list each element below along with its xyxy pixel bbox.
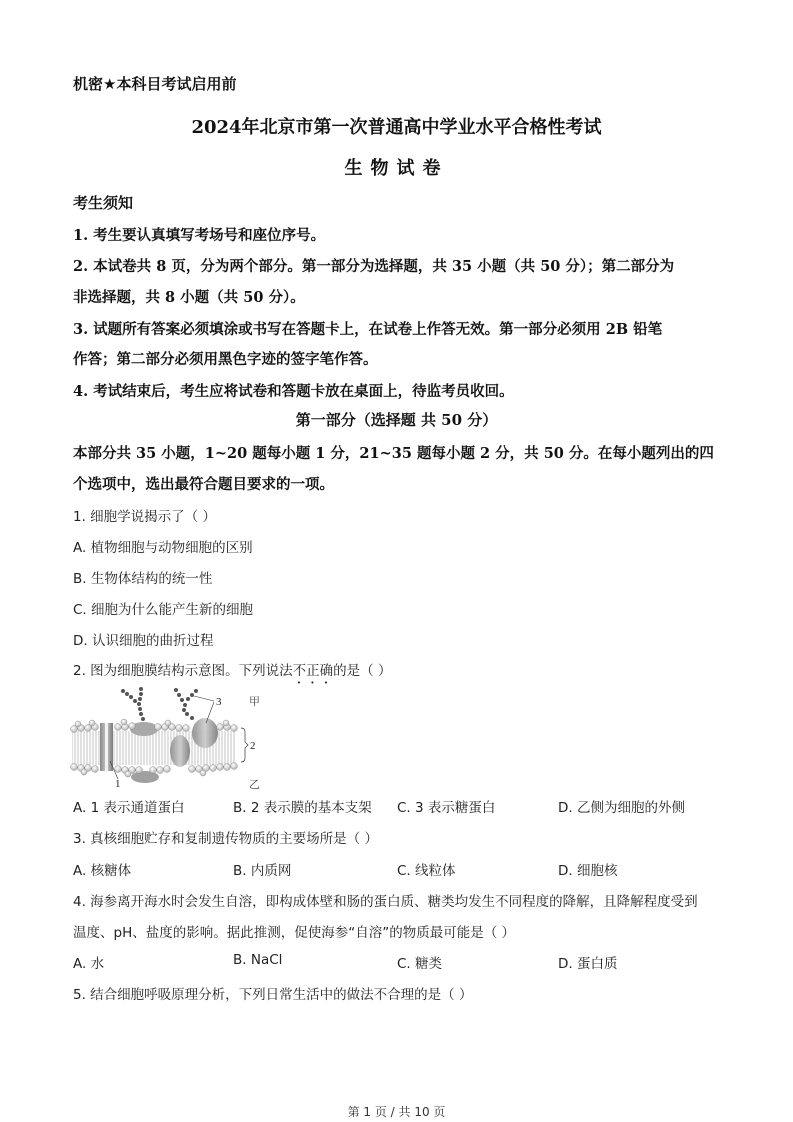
question-2-stem-emphasis: 不正确 [293,663,334,679]
question-2-option-c[interactable]: C. 3 表示糖蛋白 [397,796,495,816]
question-2-option-a[interactable]: A. 1 表示通道蛋白 [73,796,184,816]
label-1: 1 [115,778,121,790]
question-4-option-c[interactable]: C. 糖类 [397,952,442,972]
question-4-option-d[interactable]: D. 蛋白质 [558,952,617,972]
notice-line-3-cont: 作答；第二部分必须用黑色字迹的签字笔作答。 [73,348,378,369]
question-3-option-b[interactable]: B. 内质网 [233,859,291,879]
exam-title: 2024年北京市第一次普通高中学业水平合格性考试 [0,113,793,139]
cell-membrane-diagram: 3 2 1 甲 乙 [68,683,268,793]
question-4-option-a[interactable]: A. 水 [73,952,104,972]
question-2-option-d[interactable]: D. 乙侧为细胞的外侧 [558,796,685,816]
exam-subtitle: 生物试卷 [0,154,793,180]
question-1-stem: 1. 细胞学说揭示了（ ） [73,505,216,525]
confidential-label: 机密★本科目考试启用前 [73,73,236,94]
question-3-stem: 3. 真核细胞贮存和复制遗传物质的主要场所是（ ） [73,827,378,847]
question-2-option-b[interactable]: B. 2 表示膜的基本支架 [233,796,372,816]
question-4-stem-line-2: 温度、pH、盐度的影响。据此推测，促使海参“自溶”的物质最可能是（ ） [73,921,515,941]
question-1-option-d[interactable]: D. 认识细胞的曲折过程 [73,629,213,649]
label-jia: 甲 [249,695,260,708]
question-1-option-c[interactable]: C. 细胞为什么能产生新的细胞 [73,598,253,618]
notice-line-2-cont: 非选择题，共 8 小题（共 50 分）。 [73,286,305,307]
question-3-option-c[interactable]: C. 线粒体 [397,859,456,879]
question-5-stem: 5. 结合细胞呼吸原理分析，下列日常生活中的做法不合理的是（ ） [73,983,472,1003]
notice-line-1: 1. 考生要认真填写考场号和座位序号。 [73,224,325,245]
label-yi: 乙 [249,778,260,791]
question-1-option-b[interactable]: B. 生物体结构的统一性 [73,567,212,587]
part1-heading: 第一部分（选择题 共 50 分） [0,409,793,430]
question-3-option-d[interactable]: D. 细胞核 [558,859,617,879]
label-3: 3 [216,696,222,708]
page-footer: 第 1 页 / 共 10 页 [0,1103,793,1120]
label-2: 2 [250,740,256,752]
part1-instructions-1: 本部分共 35 小题，1~20 题每小题 1 分，21~35 题每小题 2 分，… [73,442,714,463]
question-2-stem-post: 的是（ ） [333,663,391,679]
question-1-option-a[interactable]: A. 植物细胞与动物细胞的区别 [73,536,253,556]
notice-line-2: 2. 本试卷共 8 页，分为两个部分。第一部分为选择题，共 35 小题（共 50… [73,255,674,276]
part1-instructions-2: 个选项中，选出最符合题目要求的一项。 [73,473,334,494]
question-4-stem-line-1: 4. 海参离开海水时会发生自溶，即构成体壁和肠的蛋白质、糖类均发生不同程度的降解… [73,890,698,910]
question-4-option-b[interactable]: B. NaCl [233,952,282,968]
notice-line-3: 3. 试题所有答案必须填涂或书写在答题卡上，在试卷上作答无效。第一部分必须用 2… [73,318,662,339]
notice-line-4: 4. 考试结束后，考生应将试卷和答题卡放在桌面上，待监考员收回。 [73,380,514,401]
question-3-option-a[interactable]: A. 核糖体 [73,859,131,879]
question-2-stem-pre: 2. 图为细胞膜结构示意图。下列说法 [73,663,293,679]
notice-heading: 考生须知 [73,192,133,213]
